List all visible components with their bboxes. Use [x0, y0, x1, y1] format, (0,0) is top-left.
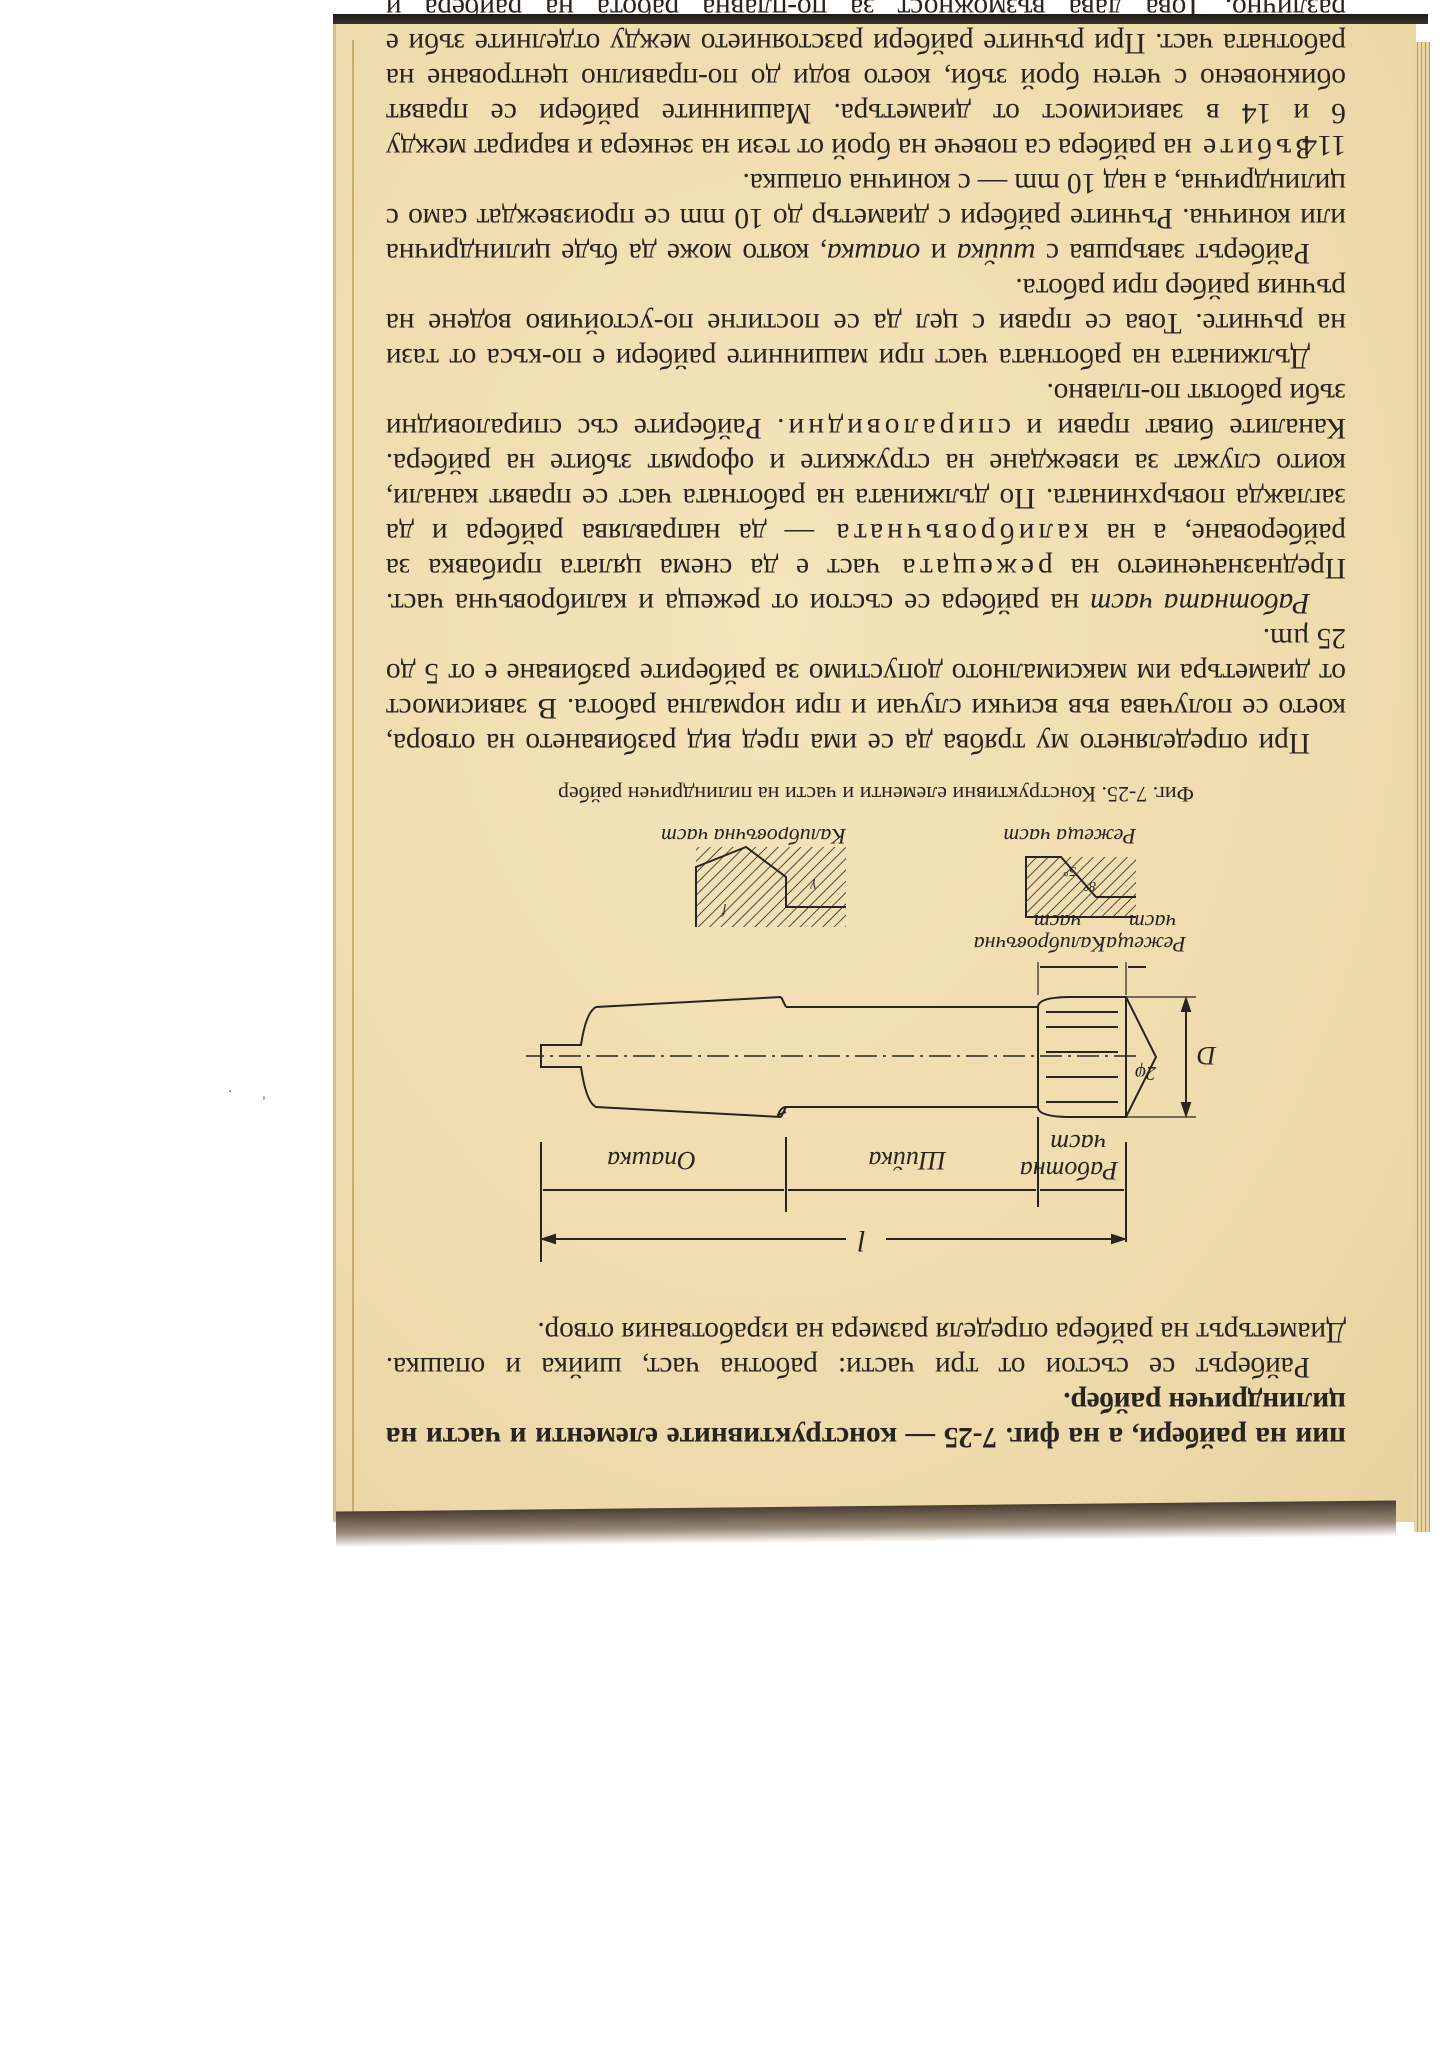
label-cutting-1: Режеща	[1106, 932, 1187, 957]
label-detail-calibrating: Калибровъчна част	[661, 827, 847, 849]
working-part-paragraph: Работната част на райбера се състои от р…	[386, 375, 1346, 620]
label-detail-cutting: Режеща част	[1003, 827, 1137, 849]
reamer-drawing: l Работна част Шийка Опашка D 2φ Режеща …	[466, 827, 1286, 1307]
label-calibrating-1: Калибровъчна	[974, 932, 1107, 957]
term-cutting: режещата	[898, 552, 1052, 584]
label-gamma: γ	[810, 878, 816, 893]
length-paragraph: Дължината на работната част при машиннит…	[386, 270, 1346, 375]
term-teeth: Зъбите	[1199, 132, 1310, 164]
label-angle-a: 8°	[1083, 878, 1096, 893]
term-calibrating: калибровъчната	[832, 517, 1088, 549]
label-shank: Опашка	[607, 1146, 696, 1175]
scan-speck: ˌ	[262, 1086, 266, 1102]
shank-paragraph: Райберът завършва с шийка и опашка, коят…	[386, 165, 1346, 270]
parts-paragraph: Райберът се състои от три части: работна…	[386, 1314, 1346, 1384]
text-block-bottom: При определянето му трябва да се има пре…	[386, 0, 1346, 760]
label-working-2: част	[1050, 1129, 1106, 1158]
teeth-paragraph: Зъбите на райбера са повече на брой от т…	[386, 0, 1346, 165]
term-working-part: Работната част	[1090, 587, 1310, 619]
page-number: 114	[1302, 128, 1346, 162]
page-content-rotated: пии на райбери, а на фиг. 7-25 — констру…	[336, 22, 1416, 1522]
term-shank: опашка	[827, 237, 920, 269]
label-length: l	[858, 1224, 866, 1257]
term-spiral: спираловидни	[784, 412, 1011, 444]
intro-paragraph: пии на райбери, а на фиг. 7-25 — констру…	[386, 1384, 1346, 1454]
breakup-paragraph: При определянето му трябва да се има пре…	[386, 620, 1346, 760]
label-diameter: D	[1197, 1041, 1217, 1070]
page-edges	[1414, 42, 1430, 1532]
book-scan: пии на райбери, а на фиг. 7-25 — констру…	[333, 14, 1428, 1524]
scan-speck: ·	[228, 1084, 232, 1100]
figure-7-25: l Работна част Шийка Опашка D 2φ Режеща …	[466, 827, 1286, 1307]
text-span: и	[920, 237, 957, 269]
label-angle: 2φ	[1135, 1062, 1156, 1084]
text-block-top: пии на райбери, а на фиг. 7-25 — констру…	[386, 1314, 1346, 1454]
figure-caption: Фиг. 7-25. Конструктивни елементи и част…	[446, 781, 1306, 807]
label-neck: Шийка	[868, 1146, 947, 1175]
term-neck: шийка	[957, 237, 1036, 269]
book-page: пии на райбери, а на фиг. 7-25 — констру…	[333, 22, 1416, 1522]
label-angle-b: 5°	[1063, 863, 1076, 878]
label-calibrating-2: част	[1034, 910, 1081, 935]
book-gutter-shadow	[333, 14, 1428, 24]
text-span: Райберът завършва с	[1036, 237, 1310, 269]
label-working-1: Работна	[1020, 1156, 1119, 1185]
label-cutting-2: част	[1129, 910, 1176, 935]
